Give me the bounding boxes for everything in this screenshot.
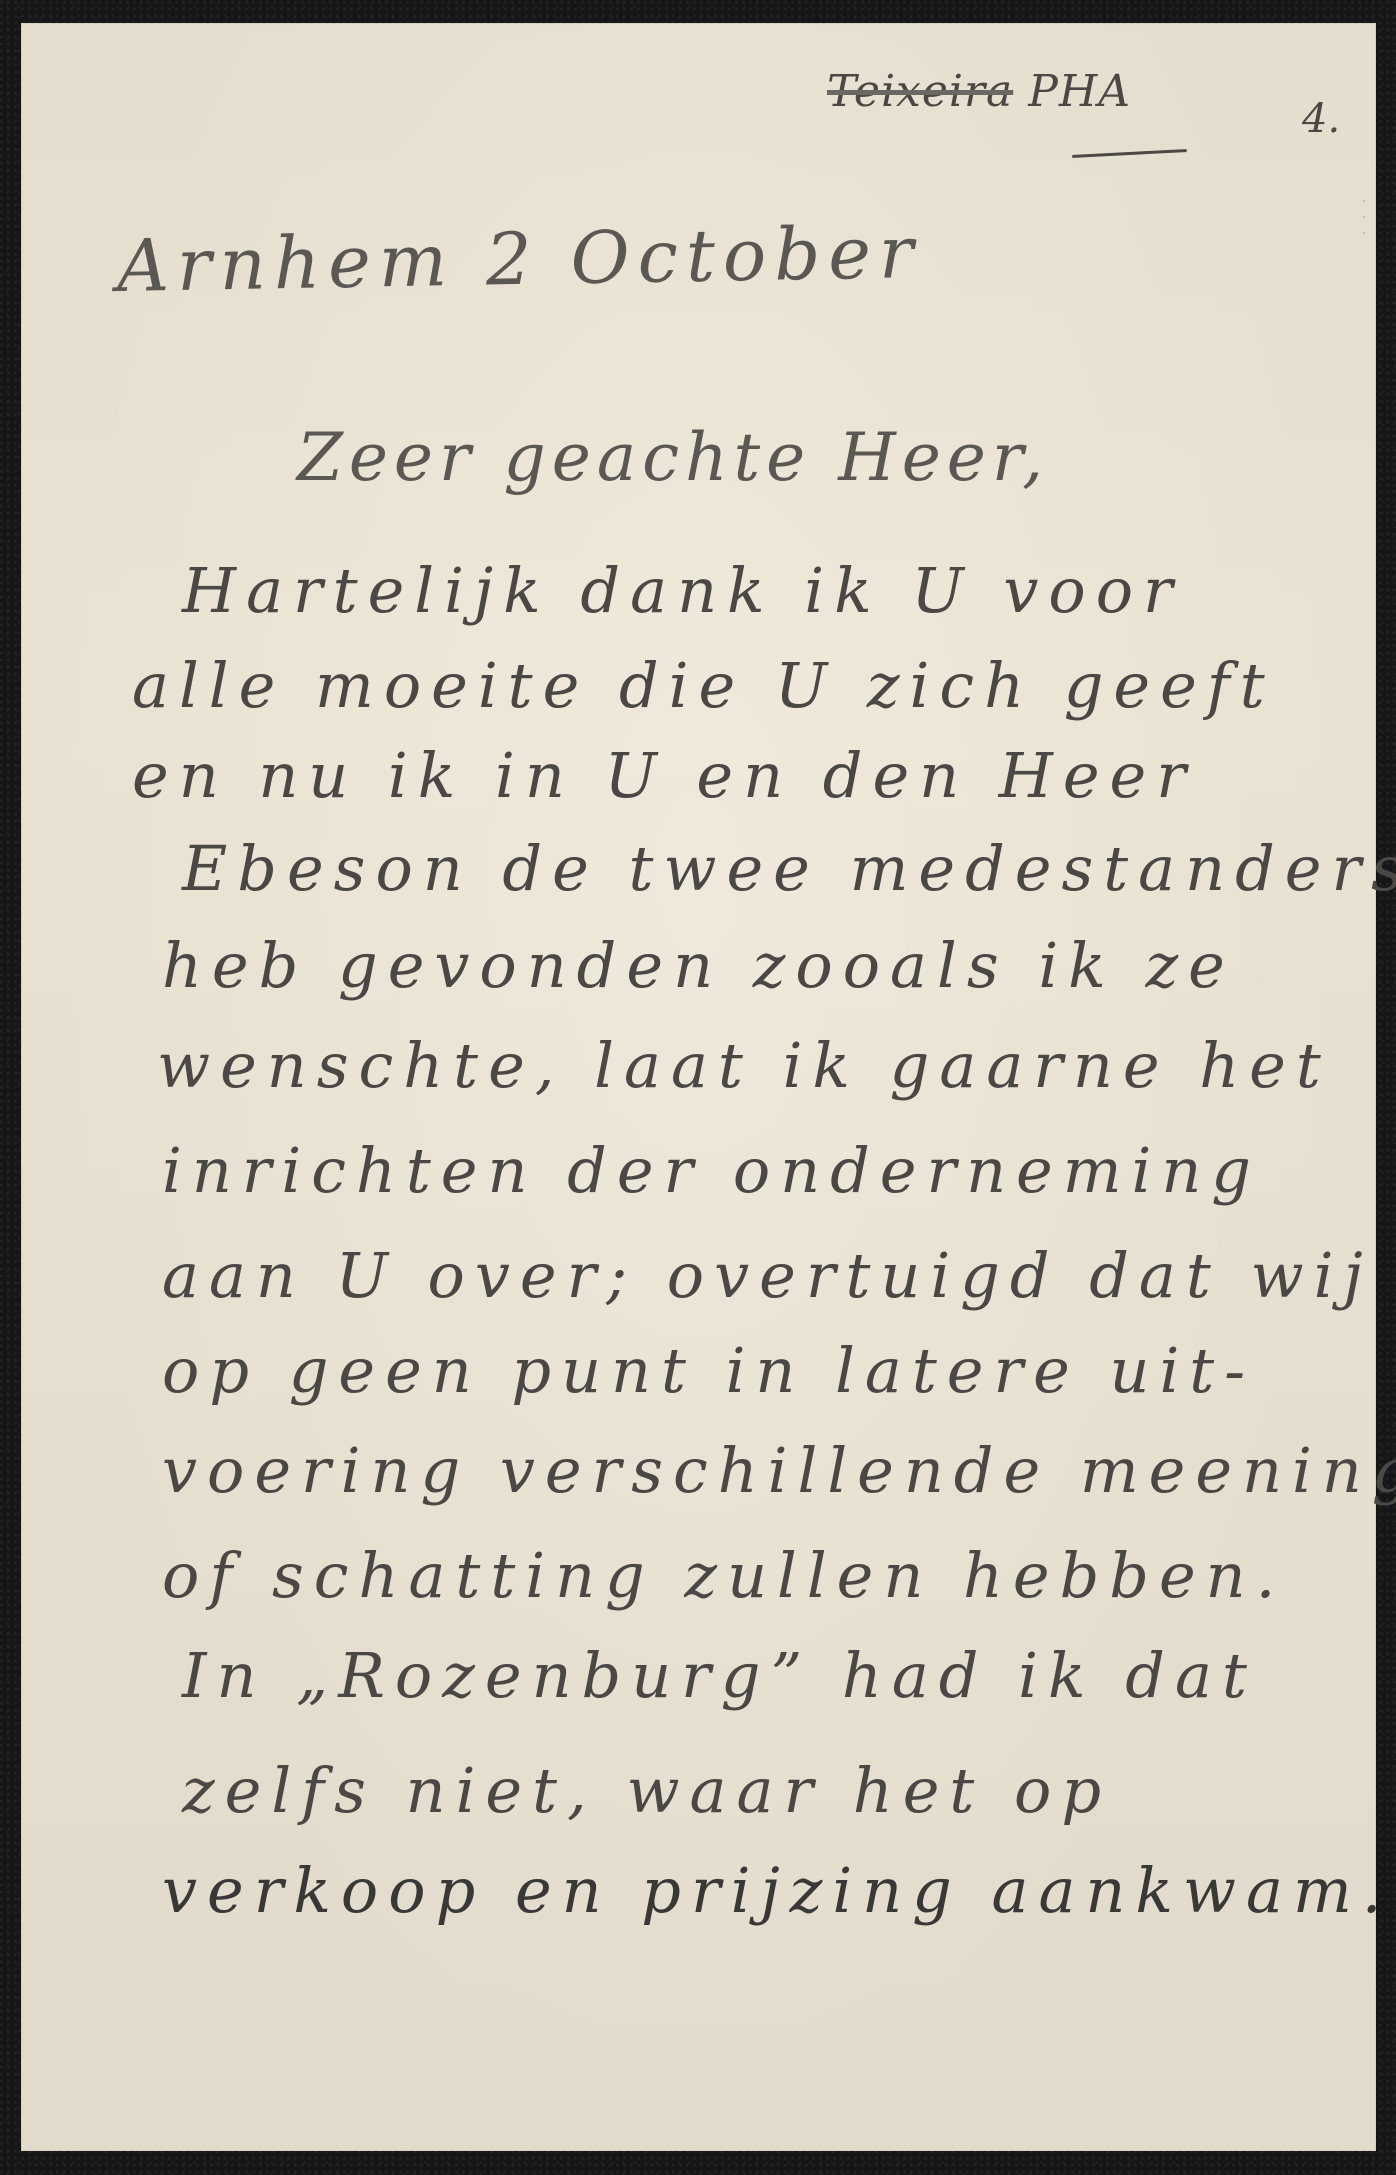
annotation-underline [1072, 149, 1187, 158]
body-line: of schatting zullen hebben. [162, 1539, 1285, 1612]
struck-annotation: Teixeira [827, 66, 1013, 117]
body-line: aan U over; overtuigd dat wij [162, 1239, 1373, 1312]
body-line: alle moeite die U zich geeft [132, 649, 1275, 722]
body-line: inrichten der onderneming [162, 1134, 1261, 1207]
body-line: heb gevonden zooals ik ze [162, 929, 1235, 1002]
body-line: voering verschillende meening [162, 1434, 1396, 1507]
body-line: en nu ik in U en den Heer [132, 739, 1196, 812]
archival-annotation: Teixeira PHA [827, 66, 1131, 117]
page-number: 4. [1302, 96, 1340, 142]
body-line: wenschte, laat ik gaarne het [157, 1029, 1331, 1102]
letter-page: Teixeira PHA 4. · · · Arnhem 2 October Z… [22, 24, 1375, 2150]
pencil-marks: · · · [1362, 194, 1375, 242]
body-line: Hartelijk dank ik U voor [182, 554, 1183, 627]
place-date: Arnhem 2 October [116, 210, 922, 308]
salutation: Zeer geachte Heer, [297, 419, 1049, 496]
body-line: op geen punt in latere uit- [162, 1334, 1255, 1407]
annotation-abbrev: PHA [1028, 66, 1131, 117]
body-line: In „Rozenburg” had ik dat [182, 1639, 1257, 1712]
body-line: Ebeson de twee medestanders [182, 832, 1396, 905]
body-line: verkoop en prijzing aankwam. [162, 1854, 1391, 1927]
body-line: zelfs niet, waar het op [182, 1754, 1111, 1827]
